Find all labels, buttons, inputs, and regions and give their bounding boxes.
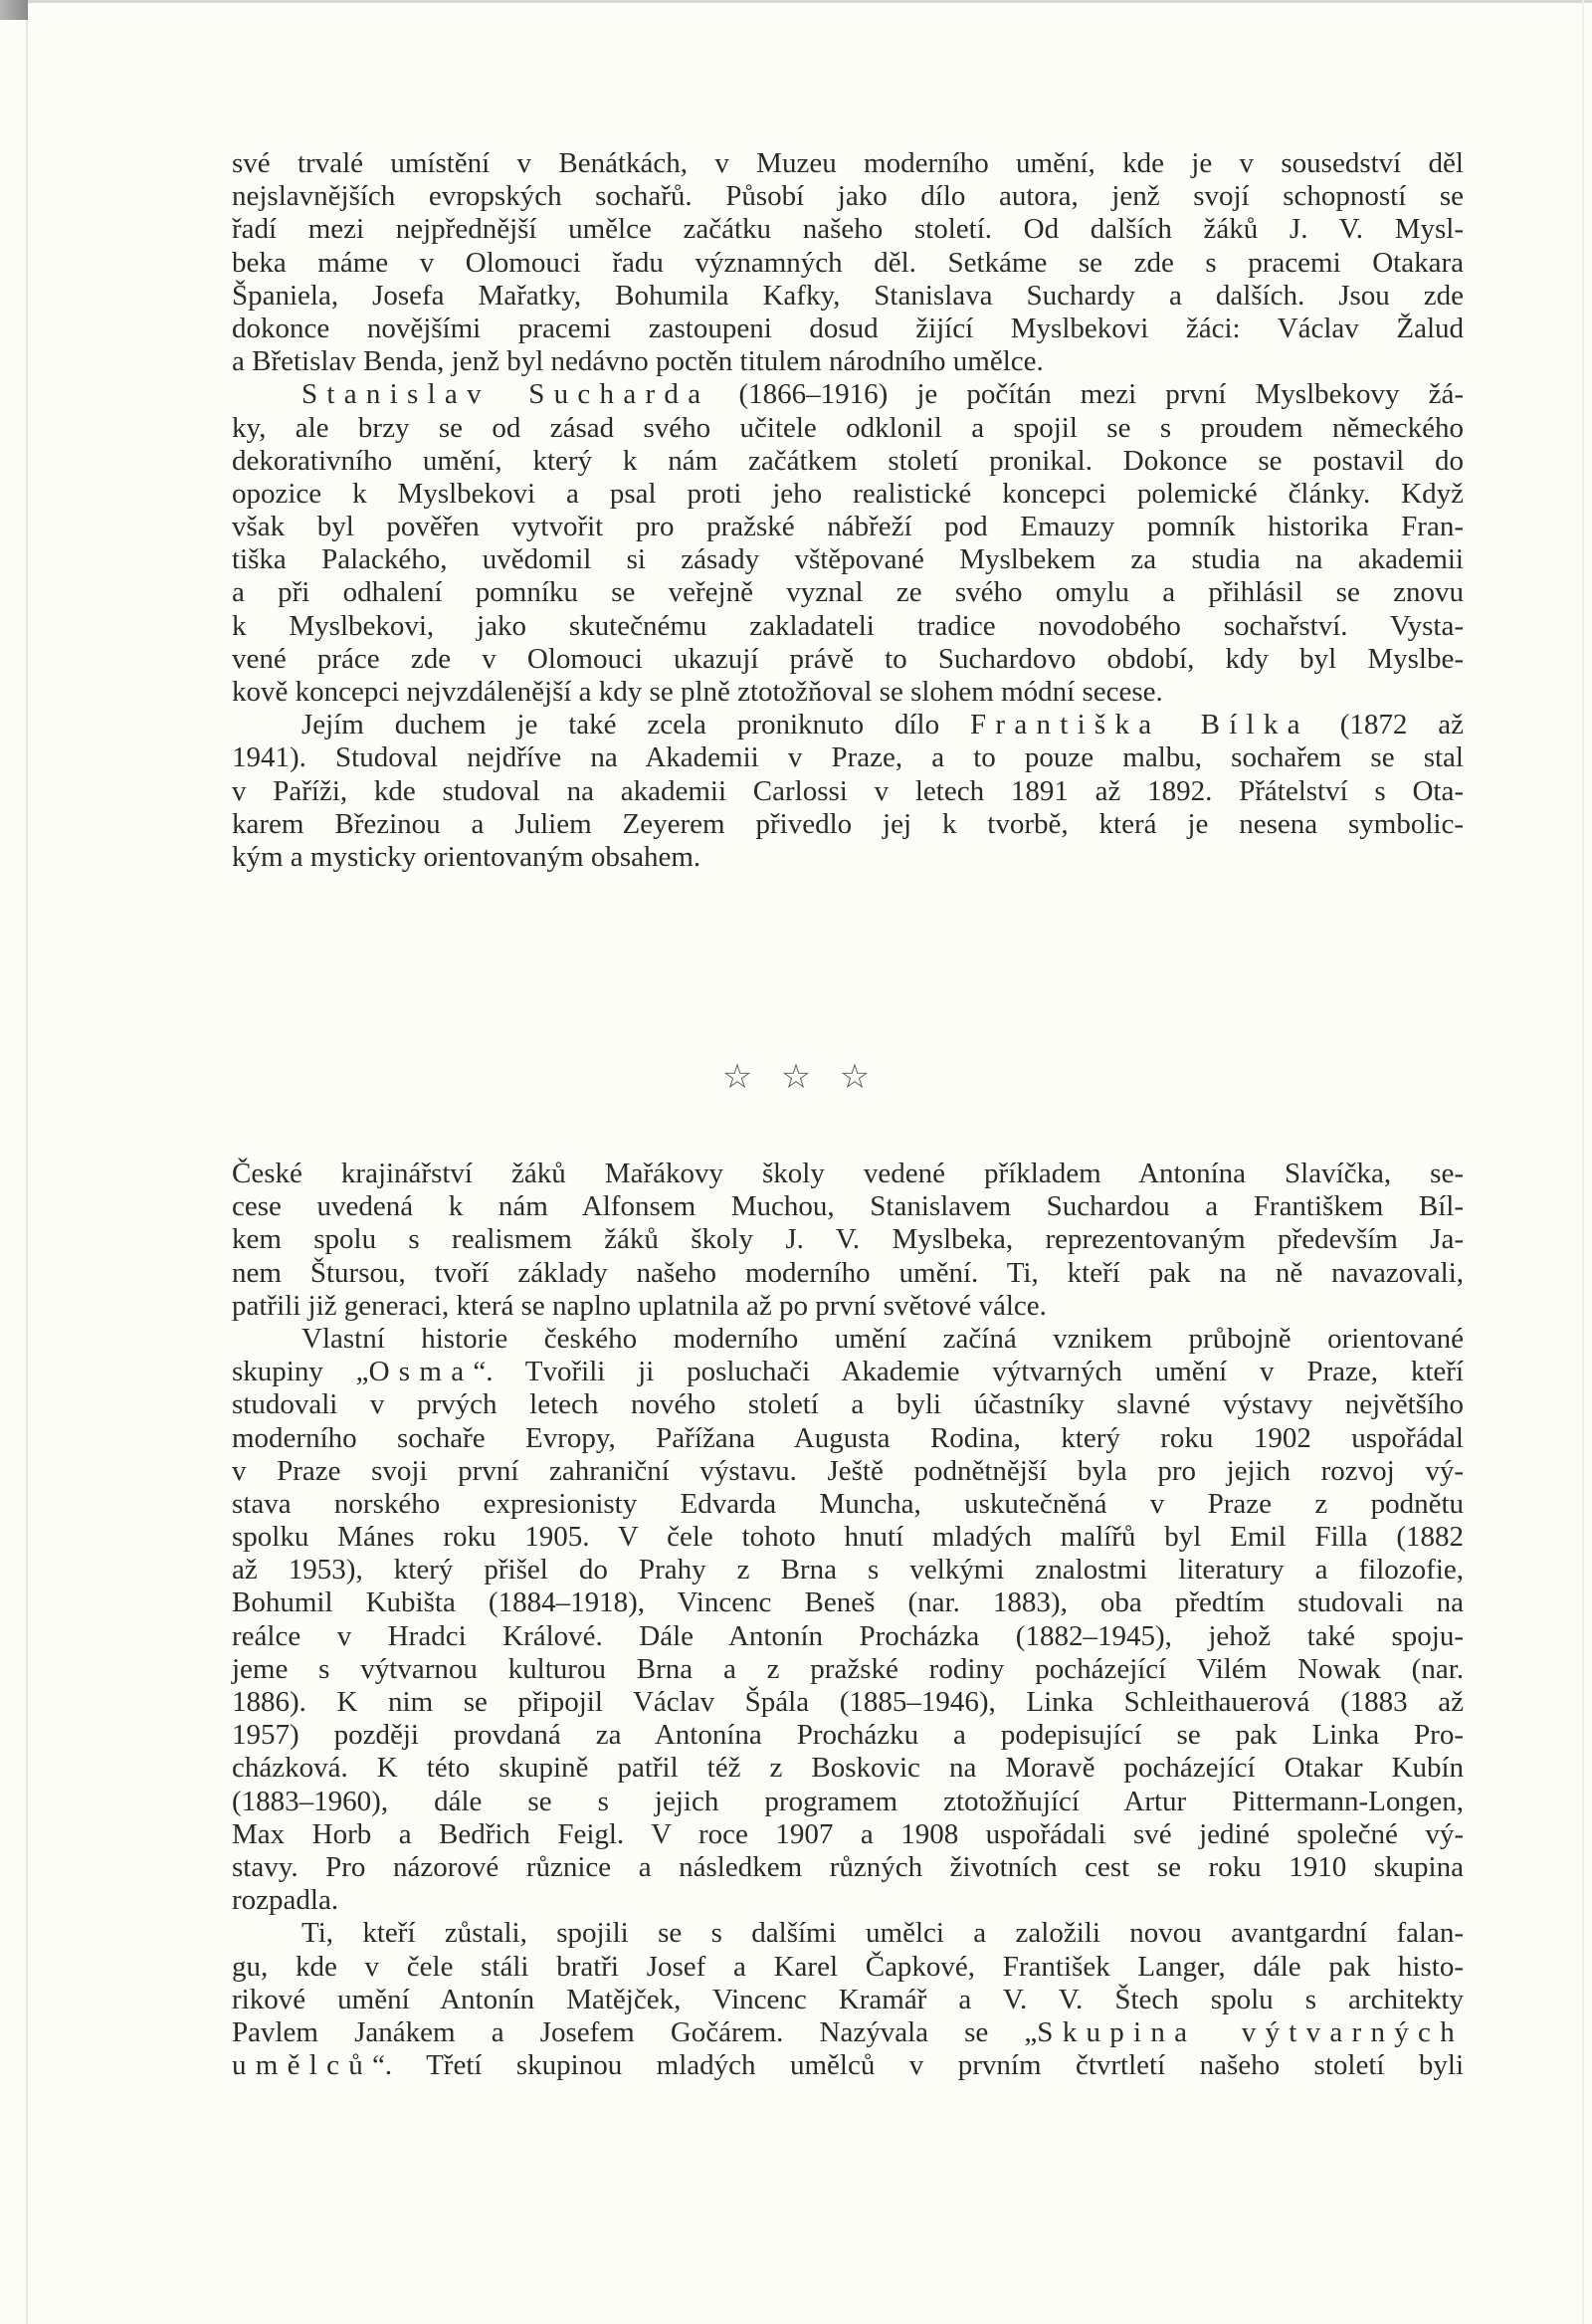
page-top-edge [28,0,1592,3]
text-line: Pavlem Janákem a Josefem Gočárem. Nazýva… [232,2016,1464,2049]
spaced-name-osma: Osma [369,1356,474,1387]
paragraph-sucharda: Stanislav Sucharda (1866–1916) je počítá… [232,378,1464,709]
text-line: řadí mezi nejpřednější umělce začátku na… [232,213,1464,246]
text-line: stavy. Pro názorové různice a následkem … [232,1851,1464,1884]
spaced-name-sucharda: Stanislav Sucharda [301,378,709,410]
star-outline-icon: ☆ [840,1057,870,1097]
scan-corner-mark [0,0,28,20]
text-line: Stanislav Sucharda (1866–1916) je počítá… [232,378,1464,411]
spaced-name-skupina: Skupina výtvarných [1037,2016,1464,2048]
spaced-name-umelcu: umělců [232,2049,372,2081]
paragraph-skupina: Ti, kteří zůstali, spojili se s dalšími … [232,1917,1464,2082]
text-fragment: “. Tvořili ji posluchači Akademie výtvar… [473,1356,1464,1387]
text-line: Jejím duchem je také zcela proniknuto dí… [232,709,1464,741]
section-2: České krajinářství žáků Mařákovy školy v… [232,1158,1464,2082]
text-line: rozpadla. [232,1884,1464,1917]
text-line: v Praze svoji první zahraniční výstavu. … [232,1455,1464,1488]
text-line: nejslavnějších evropských sochařů. Působ… [232,180,1464,213]
text-fragment: Jejím duchem je také zcela proniknuto dí… [301,709,970,740]
text-line: gu, kde v čele stáli bratři Josef a Kare… [232,1951,1464,1984]
text-line: karem Březinou a Juliem Zeyerem přivedlo… [232,808,1464,841]
section-separator: ☆ ☆ ☆ [0,1057,1592,1097]
paragraph-osma: Vlastní historie českého moderního umění… [232,1323,1464,1917]
paragraph-krajinarstvi: České krajinářství žáků Mařákovy školy v… [232,1158,1464,1323]
text-fragment: (1872 až [1309,709,1464,740]
text-line: kově koncepci nejvzdálenější a kdy se pl… [232,676,1464,709]
text-line: 1957) později provdaná za Antonína Proch… [232,1719,1464,1752]
text-line: umělců“. Třetí skupinou mladých umělců v… [232,2049,1464,2082]
paragraph-1: své trvalé umístění v Benátkách, v Muzeu… [232,147,1464,378]
page-left-edge [26,20,28,2324]
section-1: své trvalé umístění v Benátkách, v Muzeu… [232,147,1464,874]
text-line: kem spolu s realismem žáků školy J. V. M… [232,1223,1464,1256]
text-line: vené práce zde v Olomouci ukazují právě … [232,643,1464,676]
star-outline-icon: ☆ [781,1057,811,1097]
text-line: 1886). K nim se připojil Václav Špála (1… [232,1686,1464,1719]
text-line: moderního sochaře Evropy, Pařížana Augus… [232,1422,1464,1455]
text-line: (1883–1960), dále se s jejich programem … [232,1786,1464,1818]
text-line: patřili již generaci, která se naplno up… [232,1290,1464,1323]
text-line: Španiela, Josefa Mařatky, Bohumila Kafky… [232,280,1464,313]
text-line: své trvalé umístění v Benátkách, v Muzeu… [232,147,1464,180]
text-line: studovali v prvých letech nového století… [232,1388,1464,1421]
text-line: Ti, kteří zůstali, spojili se s dalšími … [232,1917,1464,1950]
text-line: nem Štursou, tvoří základy našeho modern… [232,1257,1464,1290]
text-line: Bohumil Kubišta (1884–1918), Vincenc Ben… [232,1586,1464,1619]
text-line: a při odhalení pomníku se veřejně vyznal… [232,576,1464,609]
text-line: a Břetislav Benda, jenž byl nedávno poct… [232,345,1464,378]
text-line: cese uvedená k nám Alfonsem Muchou, Stan… [232,1190,1464,1223]
spaced-name-bilek: Františka Bílka [970,709,1309,740]
text-line: České krajinářství žáků Mařákovy školy v… [232,1158,1464,1190]
text-line: dokonce novějšími pracemi zastoupeni dos… [232,313,1464,345]
text-line: rikové umění Antonín Matějček, Vincenc K… [232,1984,1464,2016]
text-line: cházková. K této skupině patřil též z Bo… [232,1752,1464,1785]
text-line: Vlastní historie českého moderního umění… [232,1323,1464,1356]
text-line: k Myslbekovi, jako skutečnému zakladatel… [232,610,1464,643]
text-line: 1941). Studoval nejdříve na Akademii v P… [232,741,1464,774]
text-fragment: “. Třetí skupinou mladých umělců v první… [372,2049,1464,2081]
text-line: stava norského expresionisty Edvarda Mun… [232,1488,1464,1521]
text-line: Max Horb a Bedřich Feigl. V roce 1907 a … [232,1818,1464,1851]
text-line: beka máme v Olomouci řadu významných děl… [232,247,1464,280]
text-line: spolku Mánes roku 1905. V čele tohoto hn… [232,1521,1464,1554]
text-fragment: skupiny „ [232,1356,369,1387]
paragraph-bilek: Jejím duchem je také zcela proniknuto dí… [232,709,1464,874]
text-line: až 1953), který přišel do Prahy z Brna s… [232,1554,1464,1586]
text-line: v Paříži, kde studoval na akademii Carlo… [232,775,1464,808]
page-right-edge [1582,0,1584,2324]
text-line: skupiny „Osma“. Tvořili ji posluchači Ak… [232,1356,1464,1388]
text-fragment: (1866–1916) je počítán mezi první Myslbe… [709,378,1464,410]
star-outline-icon: ☆ [722,1057,752,1097]
text-line: opozice k Myslbekovi a psal proti jeho r… [232,478,1464,511]
text-line: tiška Palackého, uvědomil si zásady vště… [232,543,1464,576]
text-fragment: Pavlem Janákem a Josefem Gočárem. Nazýva… [232,2016,1037,2048]
text-line: reálce v Hradci Králové. Dále Antonín Pr… [232,1620,1464,1653]
text-line: jeme s výtvarnou kulturou Brna a z pražs… [232,1653,1464,1686]
text-line: však byl pověřen vytvořit pro pražské ná… [232,511,1464,543]
text-line: kým a mysticky orientovaným obsahem. [232,841,1464,874]
text-line: ky, ale brzy se od zásad svého učitele o… [232,412,1464,445]
text-line: dekorativního umění, který k nám začátke… [232,445,1464,478]
